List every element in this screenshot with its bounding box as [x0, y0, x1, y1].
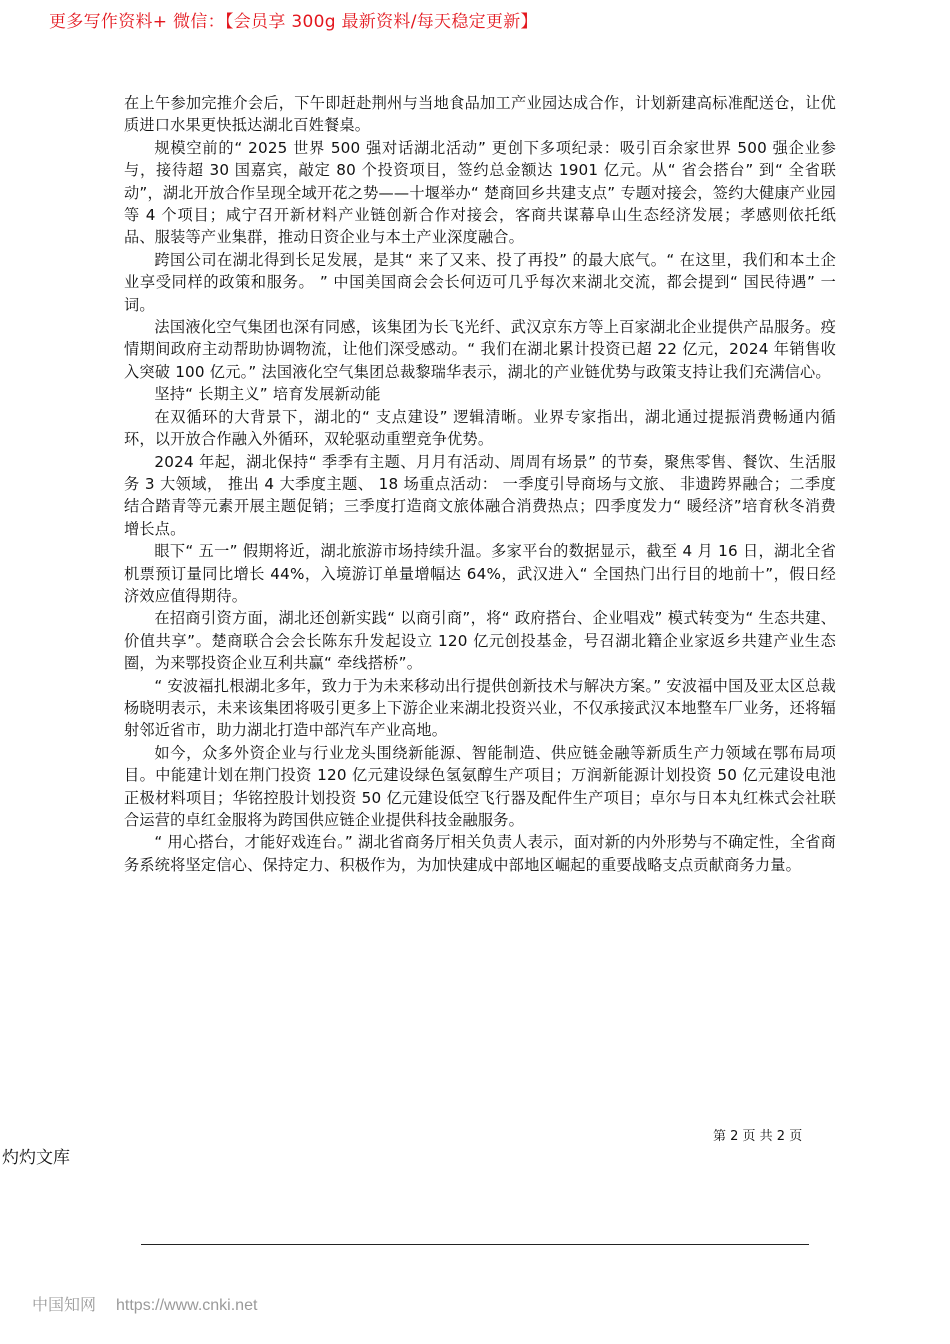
article-paragraph: 跨国公司在湖北得到长足发展，是其“ 来了又来、投了再投” 的最大底气。“ 在这里…	[124, 249, 836, 316]
article-paragraph: 2024 年起，湖北保持“ 季季有主题、月月有活动、周周有场景” 的节奏，聚焦零…	[124, 451, 836, 541]
watermark-url: https://www.cnki.net	[116, 1297, 257, 1314]
article-paragraph: “ 用心搭台，才能好戏连台。” 湖北省商务厅相关负责人表示，面对新的内外形势与不…	[124, 831, 836, 876]
footer-divider	[141, 1244, 809, 1245]
article-paragraph: 法国液化空气集团也深有同感，该集团为长飞光纤、武汉京东方等上百家湖北企业提供产品…	[124, 316, 836, 383]
article-paragraph: 规模空前的“ 2025 世界 500 强对话湖北活动” 更创下多项纪录：吸引百余…	[124, 137, 836, 249]
article-paragraph: “ 安波福扎根湖北多年，致力于为未来移动出行提供创新技术与解决方案。” 安波福中…	[124, 675, 836, 742]
cnki-watermark: 中国知网https://www.cnki.net	[32, 1294, 257, 1317]
article-paragraph: 如今，众多外资企业与行业龙头围绕新能源、智能制造、供应链金融等新质生产力领域在鄂…	[124, 742, 836, 832]
article-paragraph: 在招商引资方面，湖北还创新实践“ 以商引商”，将“ 政府搭台、企业唱戏” 模式转…	[124, 607, 836, 674]
article-paragraph: 在双循环的大背景下，湖北的“ 支点建设” 逻辑清晰。业界专家指出，湖北通过提振消…	[124, 406, 836, 451]
page-number: 第 2 页 共 2 页	[713, 1128, 802, 1146]
article-paragraph: 在上午参加完推介会后，下午即赶赴荆州与当地食品加工产业园达成合作，计划新建高标准…	[124, 92, 836, 137]
section-heading: 坚持“ 长期主义” 培育发展新动能	[124, 383, 836, 405]
promo-banner: 更多写作资料+ 微信：【会员享 300g 最新资料/每天稳定更新】	[49, 10, 538, 34]
article-body: 在上午参加完推介会后，下午即赶赴荆州与当地食品加工产业园达成合作，计划新建高标准…	[124, 92, 836, 876]
watermark-name: 中国知网	[32, 1295, 96, 1314]
article-paragraph: 眼下“ 五一” 假期将近，湖北旅游市场持续升温。多家平台的数据显示，截至 4 月…	[124, 540, 836, 607]
library-name: 灼灼文库	[2, 1146, 70, 1170]
